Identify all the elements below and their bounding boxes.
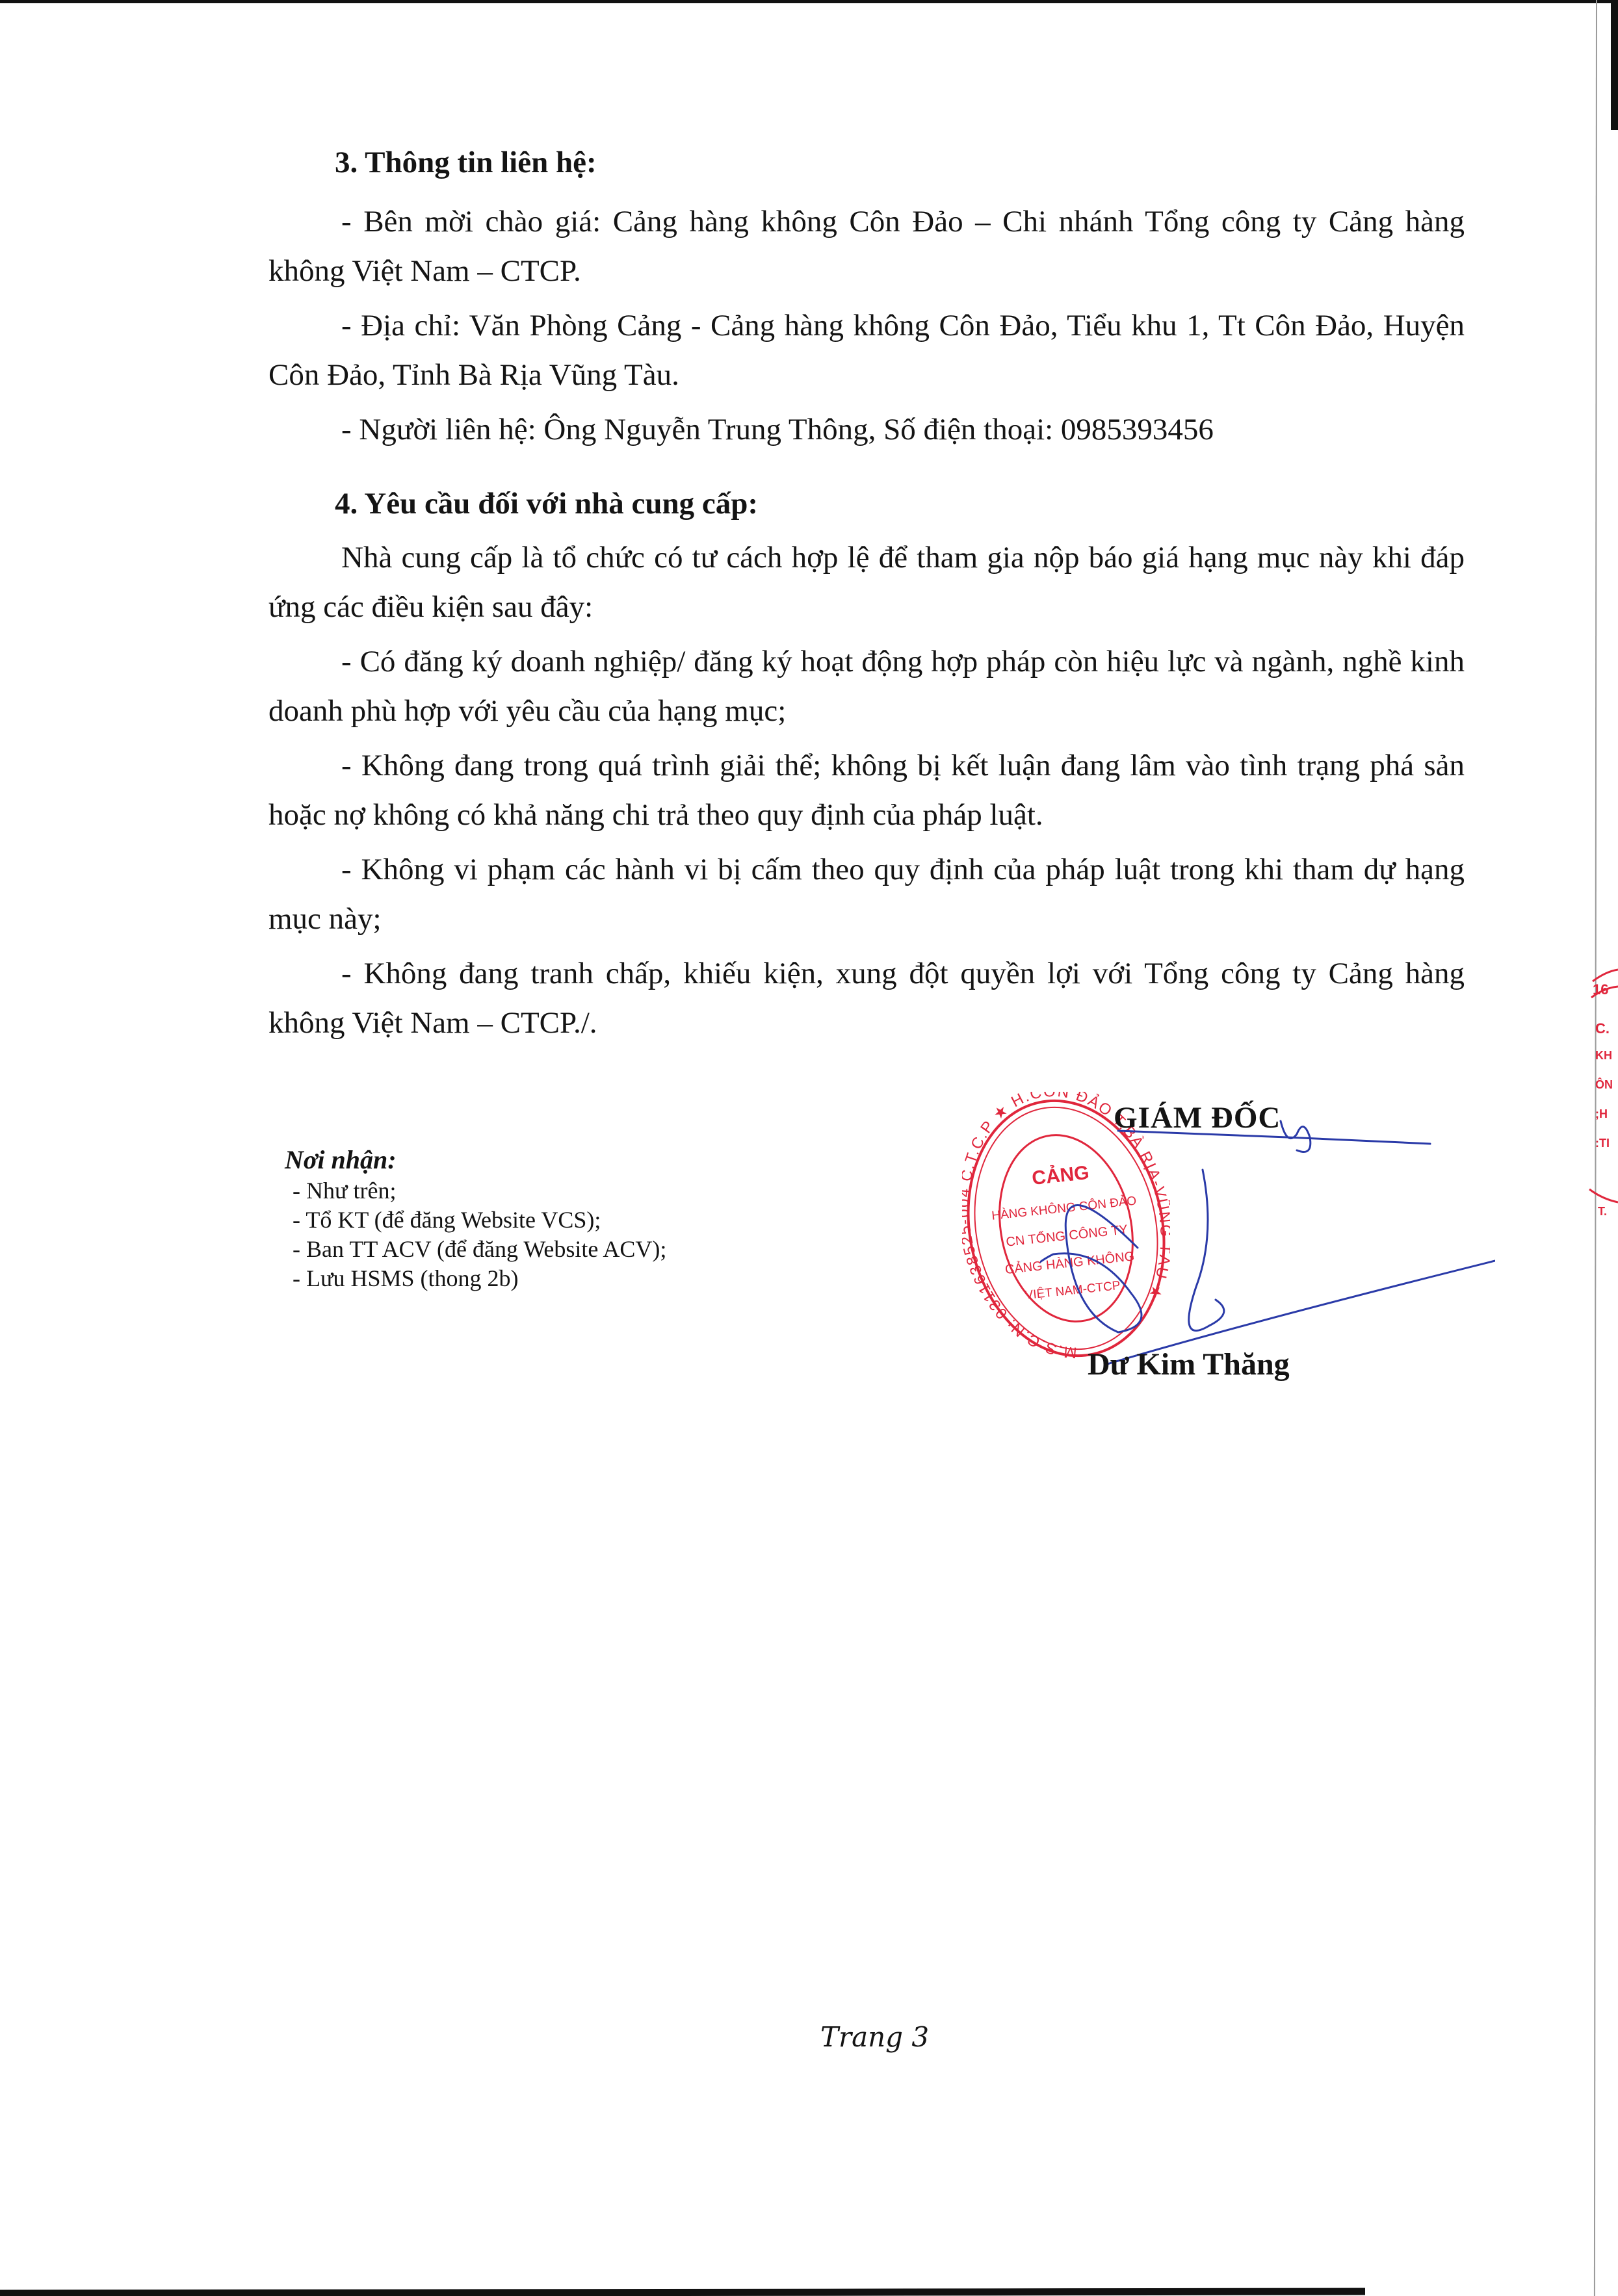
section-4-heading: 4. Yêu cầu đối với nhà cung cấp: bbox=[268, 479, 1465, 528]
requirement-item: - Không đang trong quá trình giải thể; k… bbox=[268, 741, 1465, 840]
partial-seal-icon: 16 C. KH ÔN ;H :TI T. bbox=[1586, 962, 1618, 1222]
requirement-item: - Không đang tranh chấp, khiếu kiện, xun… bbox=[268, 949, 1465, 1048]
recipient-item: - Tổ KT (để đăng Website VCS); bbox=[285, 1206, 666, 1235]
recipient-item: - Như trên; bbox=[285, 1176, 666, 1206]
page-number: Trang 3 bbox=[820, 2021, 929, 2053]
contact-inviter: - Bên mời chào giá: Cảng hàng không Côn … bbox=[268, 197, 1465, 296]
svg-text:T.: T. bbox=[1598, 1205, 1607, 1218]
scan-border-right bbox=[1611, 0, 1618, 130]
svg-text:C.: C. bbox=[1595, 1020, 1610, 1037]
svg-text:ÔN: ÔN bbox=[1595, 1077, 1613, 1091]
contact-person: - Người liên hệ: Ông Nguyễn Trung Thông,… bbox=[268, 405, 1465, 454]
requirement-intro: Nhà cung cấp là tổ chức có tư cách hợp l… bbox=[268, 533, 1465, 632]
section-3-heading: 3. Thông tin liên hệ: bbox=[268, 138, 1465, 187]
section-3-body: - Bên mời chào giá: Cảng hàng không Côn … bbox=[268, 197, 1465, 454]
recipients-block: Nơi nhận: - Như trên; - Tổ KT (để đăng W… bbox=[285, 1144, 666, 1293]
section-4-body: Nhà cung cấp là tổ chức có tư cách hợp l… bbox=[268, 533, 1465, 1048]
scan-border-top bbox=[0, 0, 1618, 3]
contact-address: - Địa chỉ: Văn Phòng Cảng - Cảng hàng kh… bbox=[268, 301, 1465, 400]
requirement-item: - Có đăng ký doanh nghiệp/ đăng ký hoạt … bbox=[268, 637, 1465, 736]
recipient-item: - Lưu HSMS (thong 2b) bbox=[285, 1264, 666, 1293]
requirement-item: - Không vi phạm các hành vi bị cấm theo … bbox=[268, 845, 1465, 944]
svg-text:16: 16 bbox=[1593, 981, 1608, 998]
scan-border-bottom bbox=[0, 2288, 1365, 2296]
svg-text:;H: ;H bbox=[1595, 1107, 1608, 1120]
recipients-label: Nơi nhận: bbox=[285, 1144, 666, 1176]
svg-text:KH: KH bbox=[1595, 1049, 1612, 1062]
signer-name: Dư Kim Thăng bbox=[1088, 1347, 1290, 1382]
svg-text::TI: :TI bbox=[1595, 1137, 1610, 1150]
recipient-item: - Ban TT ACV (để đăng Website ACV); bbox=[285, 1235, 666, 1264]
